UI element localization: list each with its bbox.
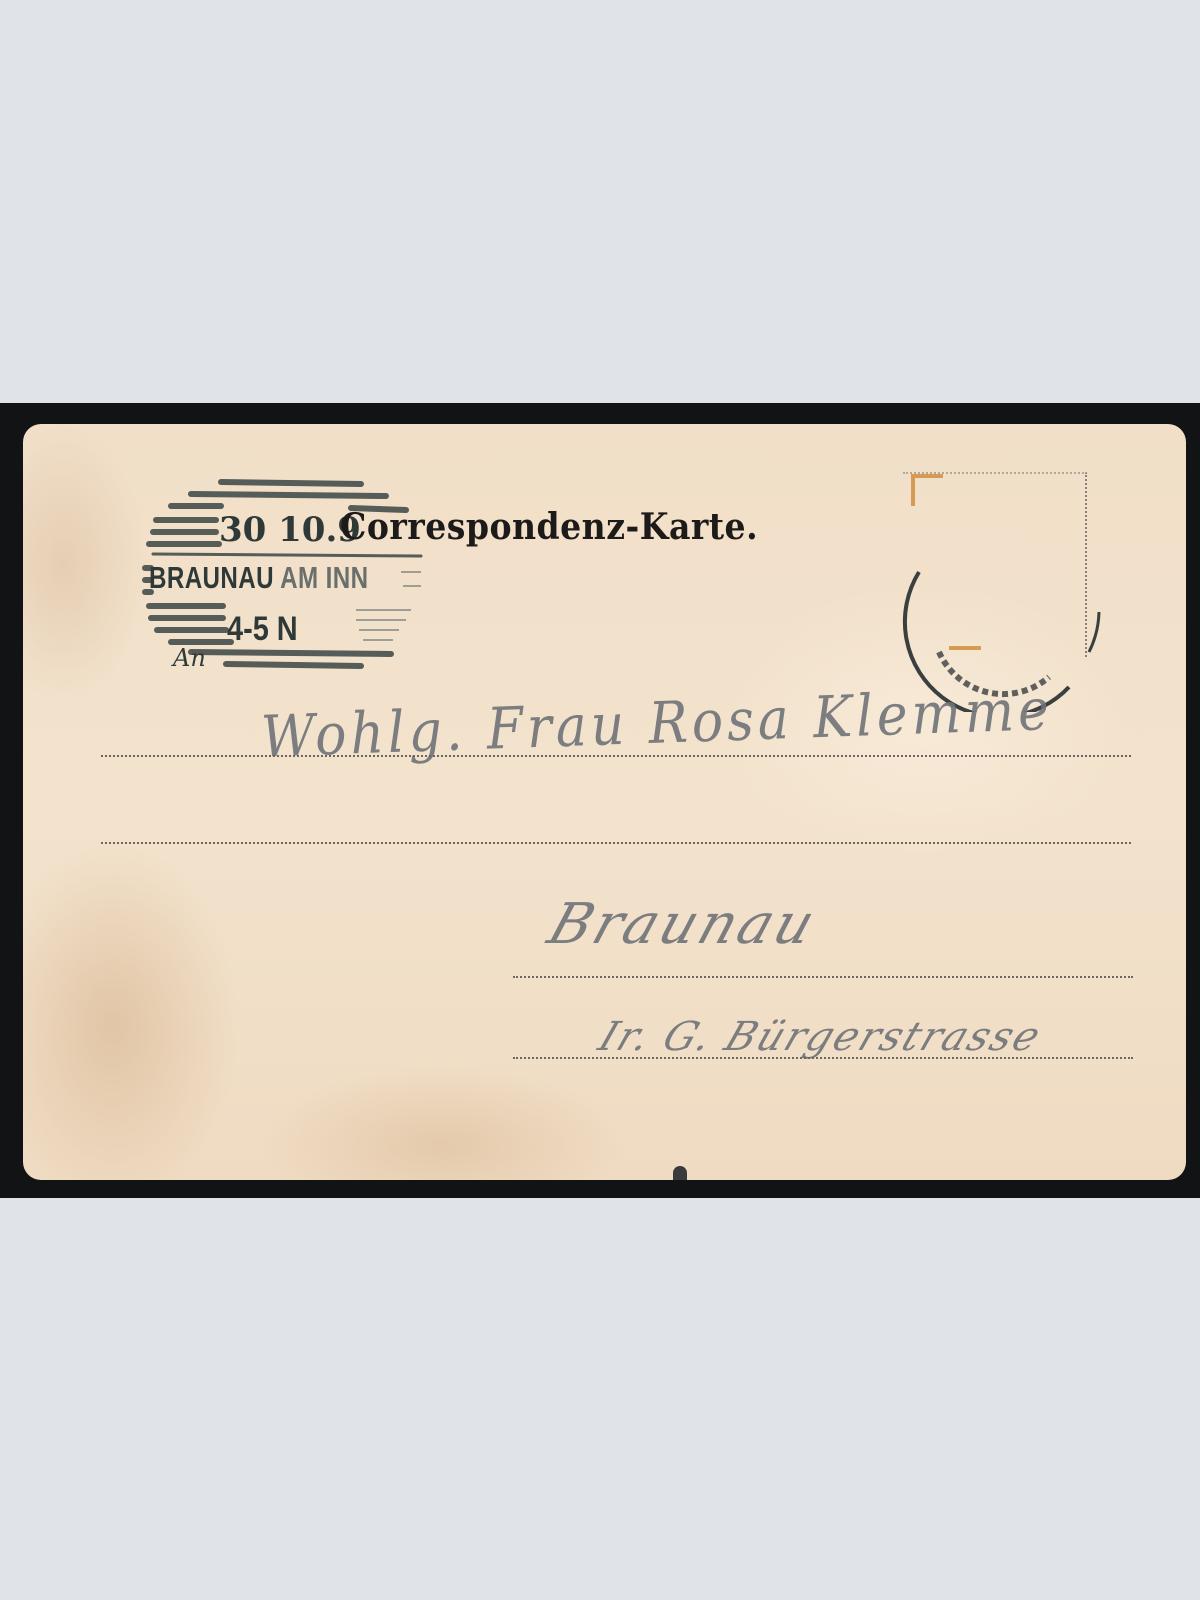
- address-dotted-line-2: [101, 842, 1131, 844]
- postmark: 30 10.9 BRAUNAU AM INN 4-5 N An: [131, 472, 443, 682]
- address-dotted-line-3: [513, 976, 1133, 978]
- address-dotted-line-4: [513, 1057, 1133, 1059]
- postmark-time: 4-5 N: [227, 610, 298, 649]
- postmark-place-main: BRAUNAU: [149, 560, 280, 595]
- edge-mark: [673, 1166, 687, 1180]
- address-dotted-line-1: [101, 755, 1131, 757]
- postcard-title: Correspondenz-Karte.: [340, 506, 758, 548]
- postmark-place-faint: AM INN: [280, 560, 368, 595]
- photo-frame: 30 10.9 BRAUNAU AM INN 4-5 N An Correspo…: [0, 403, 1200, 1198]
- postmark-prefix: An: [173, 644, 206, 672]
- address-line-3: Braunau: [540, 892, 825, 957]
- postcard: 30 10.9 BRAUNAU AM INN 4-5 N An Correspo…: [23, 424, 1186, 1180]
- postmark-place: BRAUNAU AM INN: [149, 560, 368, 596]
- address-line-4: Ir. G. Bürgerstrasse: [593, 1014, 1049, 1060]
